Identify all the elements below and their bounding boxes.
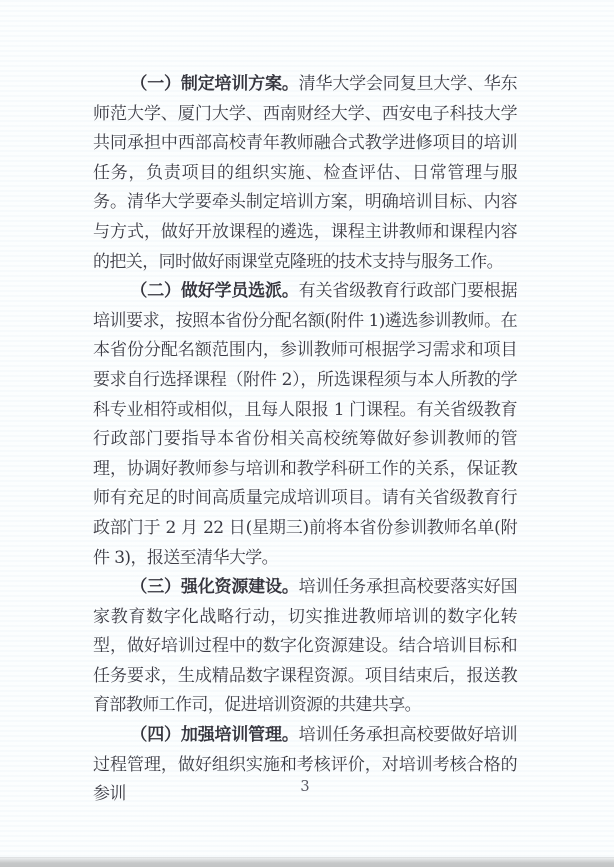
- paragraph-body: 清华大学会同复旦大学、华东师范大学、厦门大学、西南财经大学、西安电子科技大学共同…: [93, 74, 517, 272]
- paragraph-body: 培训任务承担高校要落实好国家教育数字化战略行动，切实推进教师培训的数字化转型，做…: [93, 577, 517, 715]
- paragraph: （一）制定培训方案。清华大学会同复旦大学、华东师范大学、厦门大学、西南财经大学、…: [93, 70, 517, 277]
- paragraph-heading: （一）制定培训方案。: [130, 74, 298, 94]
- scan-edge-shadow: [0, 857, 614, 867]
- paragraph: （三）强化资源建设。培训任务承担高校要落实好国家教育数字化战略行动，切实推进教师…: [93, 573, 517, 721]
- paragraph: （四）加强培训管理。培训任务承担高校要做好培训过程管理，做好组织实施和考核评价，…: [93, 721, 517, 810]
- scanned-document-page: （一）制定培训方案。清华大学会同复旦大学、华东师范大学、厦门大学、西南财经大学、…: [0, 0, 614, 867]
- paragraph-heading: （四）加强培训管理。: [130, 725, 298, 745]
- paragraph: （二）做好学员选派。有关省级教育行政部门要根据培训要求，按照本省份分配名额(附件…: [93, 277, 517, 573]
- paragraph-heading: （二）做好学员选派。: [130, 281, 298, 301]
- page-number: 3: [93, 779, 517, 795]
- document-body: （一）制定培训方案。清华大学会同复旦大学、华东师范大学、厦门大学、西南财经大学、…: [93, 70, 517, 810]
- paragraph-heading: （三）强化资源建设。: [130, 577, 298, 597]
- paragraph-body: 有关省级教育行政部门要根据培训要求，按照本省份分配名额(附件 1)遴选参训教师。…: [93, 281, 517, 567]
